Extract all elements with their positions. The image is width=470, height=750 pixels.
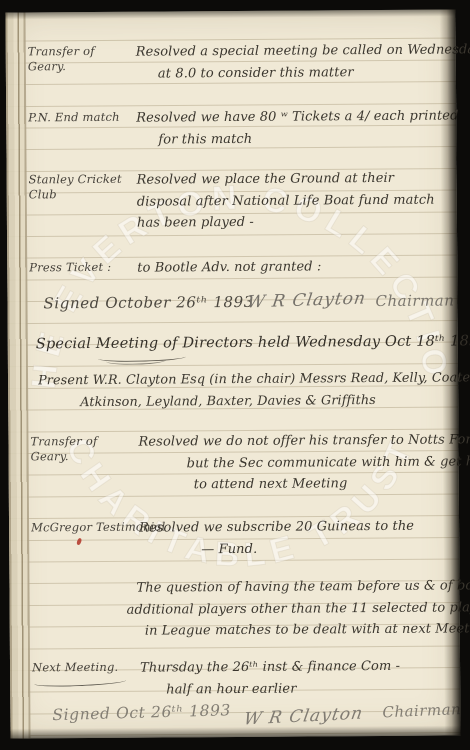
handwritten-content: Transfer of Geary. Resolved a special me… xyxy=(27,10,448,739)
minute-entry-stanley-cricket: Stanley Cricket Club Resolved we place t… xyxy=(29,168,445,171)
entry-body: Resolved we subscribe 20 Guineas to the … xyxy=(139,516,447,562)
present-line: Present W.R. Clayton Esq (in the chair) … xyxy=(38,367,458,392)
entry-line: Resolved we place the Ground at their xyxy=(137,168,445,192)
special-meeting-heading: Special Meeting of Directors held Wednes… xyxy=(36,333,466,352)
signed-date: Signed Oct 26ᵗʰ 1893 xyxy=(52,701,231,724)
signed-date: Signed October 26ᵗʰ 1893 xyxy=(43,293,253,312)
entry-body: Resolved we have 80 ʷ Tickets a 4/ each … xyxy=(136,106,444,152)
entry-body: Resolved we do not offer his transfer to… xyxy=(138,430,446,497)
entry-line: Resolved a special meeting be called on … xyxy=(136,40,444,64)
heading-text: Special Meeting of Directors held Wednes… xyxy=(36,333,470,352)
entry-label: Next Meeting. xyxy=(32,660,136,676)
underline-flourish xyxy=(34,676,126,688)
note-line: in League matches to be dealt with at ne… xyxy=(145,619,457,643)
entry-label: Transfer of Geary. xyxy=(28,44,132,75)
entry-line: Resolved we do not offer his transfer to… xyxy=(138,430,446,454)
entry-line: — Fund. xyxy=(201,537,447,560)
entry-label: Stanley Cricket Club xyxy=(29,172,133,203)
red-ink-mark xyxy=(76,538,82,546)
entry-line: for this match xyxy=(158,127,444,151)
minute-book-photo: THE EVERTON COLLECTION CHARITABLE TRUST … xyxy=(0,0,470,750)
entry-line: to Bootle Adv. not granted : xyxy=(137,256,445,280)
entry-line: disposal after National Life Boat fund m… xyxy=(137,189,445,213)
entry-line: at 8.0 to consider this matter xyxy=(158,61,444,85)
entry-line: has been played - xyxy=(137,211,445,235)
bonus-question-note: The question of having the team before u… xyxy=(126,575,456,642)
page-bottom-shadow xyxy=(10,725,460,738)
entry-body: Thursday the 26ᵗʰ inst & finance Com - h… xyxy=(140,656,448,702)
note-line: additional players other than the 11 sel… xyxy=(127,597,457,621)
entry-label: Press Ticket : xyxy=(29,260,133,276)
entry-label: Transfer of Geary. xyxy=(30,434,134,465)
entry-body: Resolved we place the Ground at their di… xyxy=(137,168,445,235)
page-edge-strip xyxy=(5,12,30,738)
entry-label: P.N. End match xyxy=(28,110,132,126)
minute-book-page: THE EVERTON COLLECTION CHARITABLE TRUST … xyxy=(5,9,460,738)
entry-line: Resolved we have 80 ʷ Tickets a 4/ each … xyxy=(136,106,444,130)
entry-line: Resolved we subscribe 20 Guineas to the xyxy=(139,516,447,540)
entry-line: Thursday the 26ᵗʰ inst & finance Com - xyxy=(140,656,448,680)
present-list: Present W.R. Clayton Esq (in the chair) … xyxy=(38,367,458,413)
entry-line: half an hour earlier xyxy=(166,677,448,701)
entry-body: to Bootle Adv. not granted : xyxy=(137,256,445,280)
note-line: The question of having the team before u… xyxy=(136,575,456,599)
entry-body: Resolved a special meeting be called on … xyxy=(136,40,444,86)
minute-entry-transfer-geary-2: Transfer of Geary. Resolved we do not of… xyxy=(30,430,446,433)
entry-line: but the Sec communicate with him & get h… xyxy=(187,451,447,475)
minute-entry-next-meeting: Next Meeting. Thursday the 26ᵗʰ inst & f… xyxy=(32,656,448,659)
minute-entry-transfer-geary-1: Transfer of Geary. Resolved a special me… xyxy=(28,40,444,43)
entry-line: to attend next Meeting xyxy=(194,473,447,496)
minute-entry-press-ticket: Press Ticket : to Bootle Adv. not grante… xyxy=(29,256,445,259)
minute-entry-pn-end-match: P.N. End match Resolved we have 80 ʷ Tic… xyxy=(28,106,444,109)
entry-label: McGregor Testimonial xyxy=(31,520,135,536)
minute-entry-mcgregor-testimonial: McGregor Testimonial Resolved we subscri… xyxy=(31,516,447,519)
chairman-signature: W R Clayton xyxy=(246,289,368,313)
signature-line-mid: Signed October 26ᵗʰ 1893 W R Clayton Cha… xyxy=(29,292,445,321)
underline-flourish xyxy=(106,356,166,365)
present-line: Atkinson, Leyland, Baxter, Davies & Grif… xyxy=(80,389,458,413)
